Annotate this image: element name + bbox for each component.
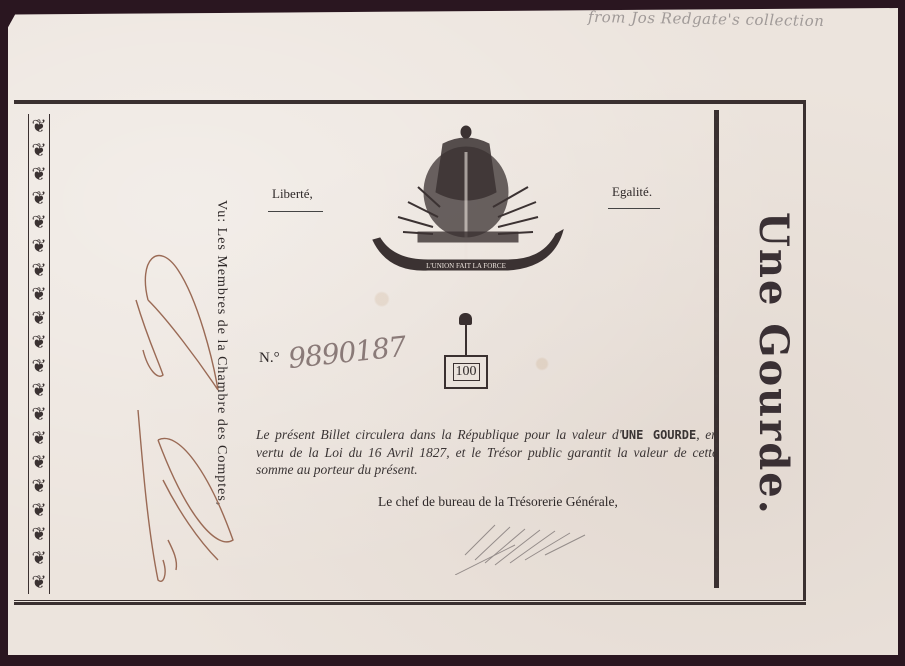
ornament-icon: ❦	[31, 213, 46, 231]
ornament-icon: ❦	[31, 477, 46, 495]
ornament-icon: ✿	[714, 331, 719, 346]
ornament-icon: ❦	[31, 333, 46, 351]
ornament-icon: ❦	[31, 237, 46, 255]
signatory-title: Le chef de bureau de la Trésorerie Génér…	[378, 494, 618, 510]
ornament-icon: ❀	[714, 309, 719, 324]
ornament-icon: ❀	[714, 135, 719, 150]
ornament-icon: ❦	[31, 453, 46, 471]
ornament-icon: ❦	[31, 525, 46, 543]
right-ornament-strip: ✿ ❀ ✿ ❀ ✿ ❀ ✿ ❀ ✿ ❀ ✿ ❀ ✿ ❀ ✿ ❀ ✿ ❀ ✿ ❀ …	[714, 110, 719, 588]
ornament-icon: ✿	[714, 200, 719, 215]
motto-underline	[268, 211, 323, 212]
frame-top-rule	[14, 100, 806, 104]
ornament-icon: ❦	[31, 381, 46, 399]
stamp-pole	[465, 322, 467, 356]
ornament-icon: ✿	[714, 548, 719, 563]
ornament-icon: ❦	[31, 141, 46, 159]
ornament-icon: ❦	[31, 429, 46, 447]
body-denomination: UNE GOURDE	[622, 428, 697, 442]
ornament-icon: ✿	[714, 113, 719, 128]
ornament-icon: ❀	[714, 526, 719, 541]
number-label: N.°	[259, 350, 280, 367]
ornament-icon: ❀	[714, 352, 719, 367]
ornament-icon: ❦	[31, 309, 46, 327]
ornament-icon: ✿	[714, 287, 719, 302]
svg-text:L'UNION FAIT LA FORCE: L'UNION FAIT LA FORCE	[426, 262, 506, 270]
body-text-start: Le présent Billet circulera dans la Répu…	[256, 427, 622, 442]
ornament-icon: ❦	[31, 165, 46, 183]
ornament-icon: ✿	[714, 504, 719, 519]
motto-liberte: Liberté,	[272, 186, 313, 202]
ornament-icon: ❦	[31, 117, 46, 135]
ornament-icon: ❀	[714, 265, 719, 280]
motto-underline	[608, 208, 660, 209]
ornament-icon: ❀	[714, 569, 719, 584]
ornament-icon: ❀	[714, 222, 719, 237]
stamp-value: 100	[453, 363, 480, 381]
ornament-icon: ❦	[31, 501, 46, 519]
ornament-icon: ❀	[714, 179, 719, 194]
faint-signature	[455, 515, 605, 575]
ornament-icon: ❦	[31, 549, 46, 567]
ornament-icon: ❦	[31, 285, 46, 303]
handwritten-signature-left	[118, 240, 248, 600]
serial-suffix: 87	[370, 330, 407, 366]
ornament-icon: ❦	[31, 189, 46, 207]
ornament-icon: ✿	[714, 374, 719, 389]
frame-right-rule	[803, 104, 806, 600]
ornament-icon: ❦	[31, 261, 46, 279]
ornament-icon: ✿	[714, 157, 719, 172]
ornament-icon: ✿	[714, 244, 719, 259]
ornament-icon: ❀	[714, 396, 719, 411]
coat-of-arms-icon: L'UNION FAIT LA FORCE	[368, 122, 568, 282]
note-body-text: Le présent Billet circulera dans la Répu…	[256, 426, 718, 478]
frame-bottom-rule	[14, 600, 806, 605]
value-stamp: 100	[444, 355, 488, 389]
ornament-icon: ❦	[31, 573, 46, 591]
ornament-icon: ❀	[714, 483, 719, 498]
denomination-title: Une Gourde.	[750, 212, 797, 516]
left-ornament-strip: ❦ ❦ ❦ ❦ ❦ ❦ ❦ ❦ ❦ ❦ ❦ ❦ ❦ ❦ ❦ ❦ ❦ ❦ ❦ ❦	[28, 114, 50, 594]
motto-egalite: Egalité.	[612, 184, 652, 200]
ornament-icon: ❦	[31, 405, 46, 423]
ornament-icon: ❦	[31, 357, 46, 375]
